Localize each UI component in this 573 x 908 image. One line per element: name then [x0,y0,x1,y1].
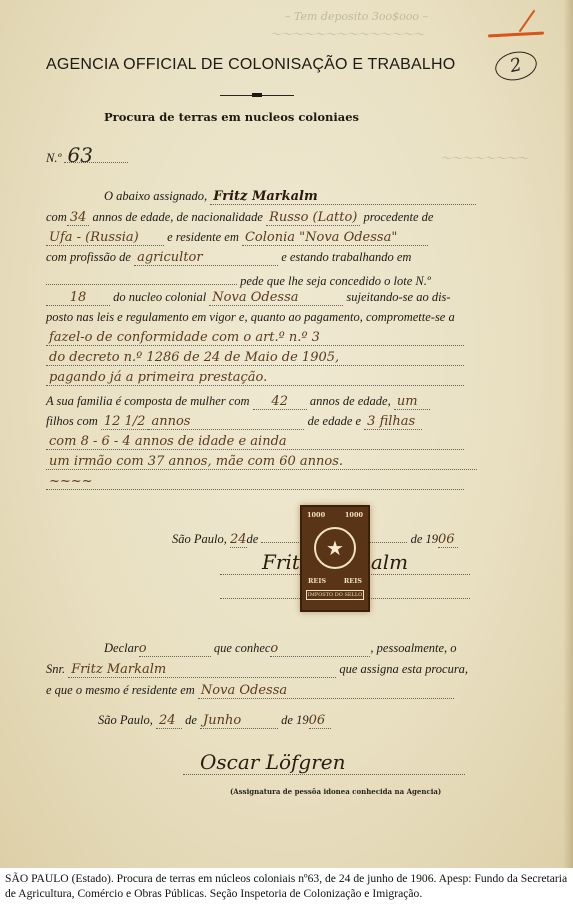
form-subtitle: Procura de terras em nucleos coloniaes [104,110,359,124]
profession-field: agricultor [134,251,278,266]
declaration-date-line: São Paulo, 24 de Junho de 1906 [98,713,331,729]
form-number-line: N.º 63 [46,148,128,166]
colony-field: Nova Odessa [209,291,343,306]
form-number-value: 63 [64,148,128,163]
declaration-month-field: Junho [200,714,278,729]
declared-residence-field: Nova Odessa [198,684,454,699]
applicant-name-field: Fritz Markalm [210,190,476,205]
request-line-5: pede que lhe seja concedido o lote N.º [46,270,431,289]
pencil-margin-note: – Tem deposito 3oo$ooo – [285,10,428,23]
application-day-field: 24 [230,533,247,548]
revenue-stamp: 10001000 ★ REISREIS IMPOSTO DO SELLO [300,505,370,612]
residence-field: Colonia "Nova Odessa" [242,231,428,246]
family-line-5: ~~~~ [46,474,464,490]
request-line-4: com profissão de agricultor e estando tr… [46,250,411,266]
witness-signature-line [183,774,465,775]
daughters-field: 3 filhas [364,415,422,430]
declaration-line-1: Declaro que conheco, pessoalmente, o [104,641,457,657]
applicant-age-field: 34 [67,211,90,226]
red-pencil-mark-icon [519,10,536,32]
payment-terms-line-3: pagando já a primeira prestação. [46,370,464,386]
family-line-4: um irmão com 37 annos, mãe com 60 annos. [46,454,477,470]
workplace-field [46,270,237,285]
archive-caption: SÃO PAULO (Estado). Procura de terras em… [5,872,570,901]
request-line-6: 18 do nucleo colonial Nova Odessa sujeit… [46,290,451,306]
payment-terms-line-1: fazel-o de conformidade com o art.º n.º … [46,330,464,346]
star-seal-icon: ★ [314,527,356,569]
request-line-3: Ufa - (Russia) e residente em Colonia "N… [46,230,428,246]
declaration-day-field: 24 [156,714,182,729]
declaration-year-field: 06 [309,714,331,729]
header-divider-mark [252,93,262,97]
family-line-1: A sua familia é composta de mulher com 4… [46,394,430,410]
faint-bleedthrough-text: ～～～～～～～～ [440,150,528,166]
red-underline-mark [488,32,544,38]
declaration-line-3: e que o mesmo é residente em Nova Odessa [46,683,454,699]
agency-title: AGENCIA OFFICIAL DE COLONISAÇÃO E TRABAL… [46,56,455,74]
witness-signature-caption: (Assignatura de pessôa idonea conhecida … [230,787,441,796]
witness-signature: Oscar Löfgren [200,750,346,774]
origin-field: Ufa - (Russia) [46,231,164,246]
request-line-2: com34 annos de edade, de nacionalidade R… [46,210,433,226]
request-line-7: posto nas leis e regulamento em vigor e,… [46,310,455,325]
family-line-3: com 8 - 6 - 4 annos de idade e ainda [46,434,464,450]
declaration-line-2: Snr. Fritz Markalm que assigna esta proc… [46,662,468,678]
faint-bleedthrough-text: ～～～～～～～～～～～～～～ [270,26,424,42]
son-age-field: 12 1/2 [101,415,149,430]
form-number-label: N.º [46,151,61,165]
wife-age-field: 42 [253,395,307,410]
scanned-document: – Tem deposito 3oo$ooo – ～～～～～～～～～～～～～～ … [0,0,573,868]
payment-terms-line-2: do decreto n.º 1286 de 24 de Maio de 190… [46,350,464,366]
family-line-2: filhos com 12 1/2annos de edade e 3 filh… [46,414,422,430]
lot-number-field: 18 [46,291,110,306]
circled-page-number: 2 [493,48,540,84]
request-line-1: O abaixo assignado, Fritz Markalm [104,189,476,205]
declared-name-field: Fritz Markalm [68,663,336,678]
nationality-field: Russo (Latto) [266,211,360,226]
application-year-field: 06 [438,533,458,548]
